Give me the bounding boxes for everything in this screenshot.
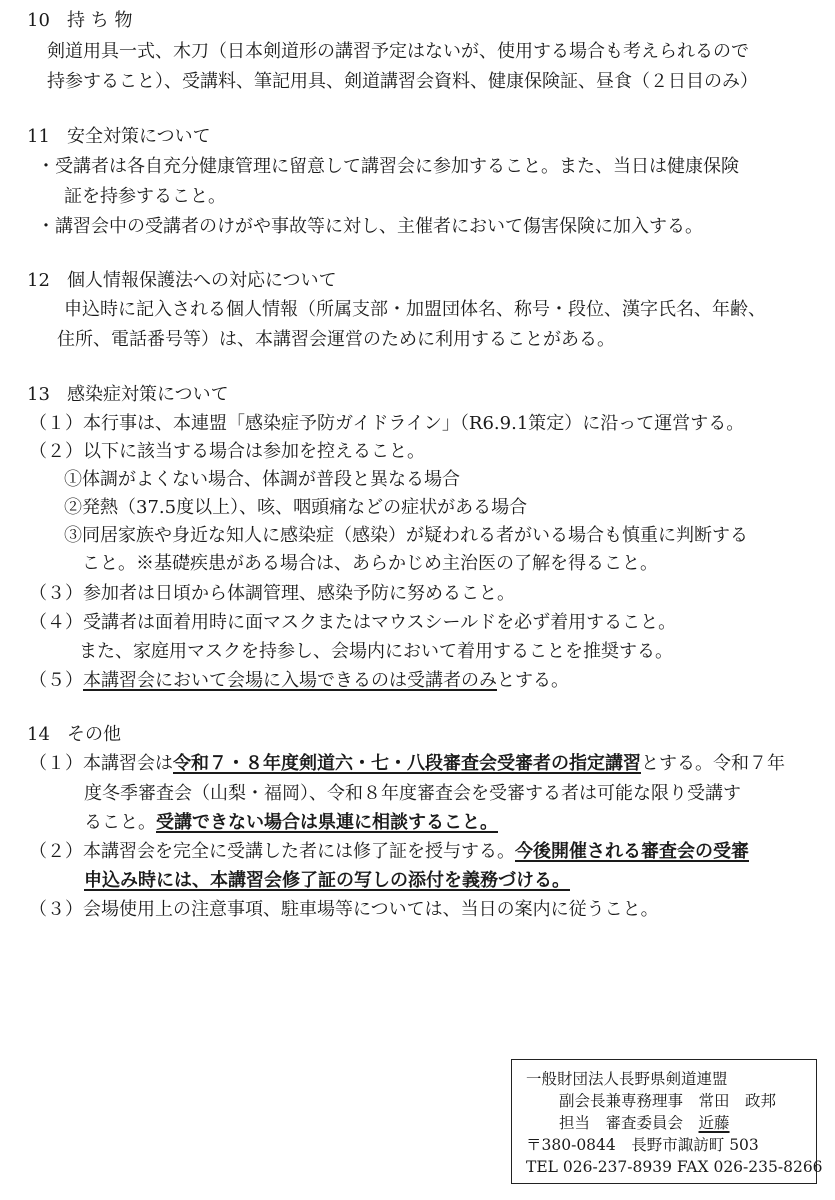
item-text: とする。令和７年 [641,753,785,774]
section-11-heading: 11安全対策について [27,126,211,150]
section-number: 11 [27,126,67,148]
postal-address: 〒380-0844 長野市諏訪町 503 [526,1135,759,1155]
section-13-item-1: （１）本行事は、本連盟「感染症予防ガイドライン」（R6.9.1策定）に沿って運営… [29,413,744,437]
section-12-heading: 12個人情報保護法への対応について [27,270,337,294]
phone-fax: TEL 026-237-8939 FAX 026-235-8266 [526,1157,823,1177]
section-13-subitem-3-cont: こと。※基礎疾患がある場合は、あらかじめ主治医の了解を得ること。 [82,553,658,577]
contact-box: 一般財団法人長野県剣道連盟 副会長兼専務理事 常田 政邦 担当 審査委員会 近藤… [511,1059,817,1184]
section-number: 14 [27,724,67,746]
section-11-line: ・受講者は各自充分健康管理に留意して講習会に参加すること。また、当日は健康保険 [37,156,739,180]
section-title: 持 ち 物 [67,10,132,31]
section-13-heading: 13感染症対策について [27,384,229,408]
section-12-line: 住所、電話番号等）は、本講習会運営のために利用することがある。 [57,329,615,353]
section-title: 安全対策について [67,126,211,147]
officer-role: 副会長兼専務理事 常田 政邦 [559,1091,776,1111]
item-text: （２）本講習会を完全に受講した者には修了証を授与する。 [29,841,515,862]
section-13-item-3: （３）参加者は日頃から体調管理、感染予防に努めること。 [29,583,515,607]
underlined-text: 本講習会において会場に入場できるのは受講者のみ [83,670,497,691]
section-13-item-4: （４）受講者は面着用時に面マスクまたはマウスシールドを必ず着用すること。 [29,612,676,636]
organization-name: 一般財団法人長野県剣道連盟 [526,1069,728,1089]
section-14-item-2-cont: 申込み時には、本講習会修了証の写しの添付を義務づける。 [84,870,570,894]
item-prefix: （５） [29,670,83,691]
section-10-line: 持参すること）、受講料、筆記用具、剣道講習会資料、健康保険証、昼食（２日目のみ） [47,71,758,95]
section-13-item-4-cont: また、家庭用マスクを持参し、会場内において着用することを推奨する。 [79,641,673,665]
section-title: 個人情報保護法への対応について [67,270,337,291]
underlined-bold-text: 申込み時には、本講習会修了証の写しの添付を義務づける。 [84,870,570,891]
section-14-heading: 14その他 [27,724,121,748]
section-number: 10 [27,10,67,32]
section-number: 12 [27,270,67,292]
item-prefix: （１）本講習会は [29,753,173,774]
section-14-item-1-cont: 度冬季審査会（山梨・福岡）、令和８年度審査会を受審する者は可能な限り受講す [84,783,741,807]
section-13-subitem-2: ②発熱（37.5度以上）、咳、咽頭痛などの症状がある場合 [64,497,527,521]
section-14-item-2: （２）本講習会を完全に受講した者には修了証を授与する。今後開催される審査会の受審 [29,841,749,865]
section-number: 13 [27,384,67,406]
underlined-bold-text: 令和７・８年度剣道六・七・八段審査会受審者の指定講習 [173,753,641,774]
section-title: 感染症対策について [67,384,229,405]
section-14-item-1: （１）本講習会は令和７・８年度剣道六・七・八段審査会受審者の指定講習とする。令和… [29,753,785,777]
section-12-line: 申込時に記入される個人情報（所属支部・加盟団体名、称号・段位、漢字氏名、年齢、 [64,299,766,323]
section-13-item-2: （２）以下に該当する場合は参加を控えること。 [29,441,425,465]
item-text: ること。 [84,812,156,833]
section-title: その他 [67,724,121,745]
section-11-line: ・講習会中の受講者のけがや事故等に対し、主催者において傷害保険に加入する。 [37,216,703,240]
section-10-heading: 10持 ち 物 [27,10,132,34]
section-14-item-3: （３）会場使用上の注意事項、駐車場等については、当日の案内に従うこと。 [29,899,659,923]
staff-label: 担当 審査委員会 [559,1114,699,1132]
section-13-item-5: （５）本講習会において会場に入場できるのは受講者のみとする。 [29,670,569,694]
underlined-bold-text: 受講できない場合は県連に相談すること。 [156,812,498,833]
underlined-bold-text: 今後開催される審査会の受審 [515,841,749,862]
item-suffix: とする。 [497,670,569,691]
staff-name: 近藤 [699,1114,730,1132]
section-14-item-1-cont: ること。受講できない場合は県連に相談すること。 [84,812,498,836]
section-10-line: 剣道用具一式、木刀（日本剣道形の講習予定はないが、使用する場合も考えられるので [47,41,749,65]
section-11-line: 証を持参すること。 [64,186,226,210]
section-13-subitem-1: ①体調がよくない場合、体調が普段と異なる場合 [64,469,460,493]
section-13-subitem-3: ③同居家族や身近な知人に感染症（感染）が疑われる者がいる場合も慎重に判断する [64,525,748,549]
staff-contact: 担当 審査委員会 近藤 [559,1113,730,1133]
